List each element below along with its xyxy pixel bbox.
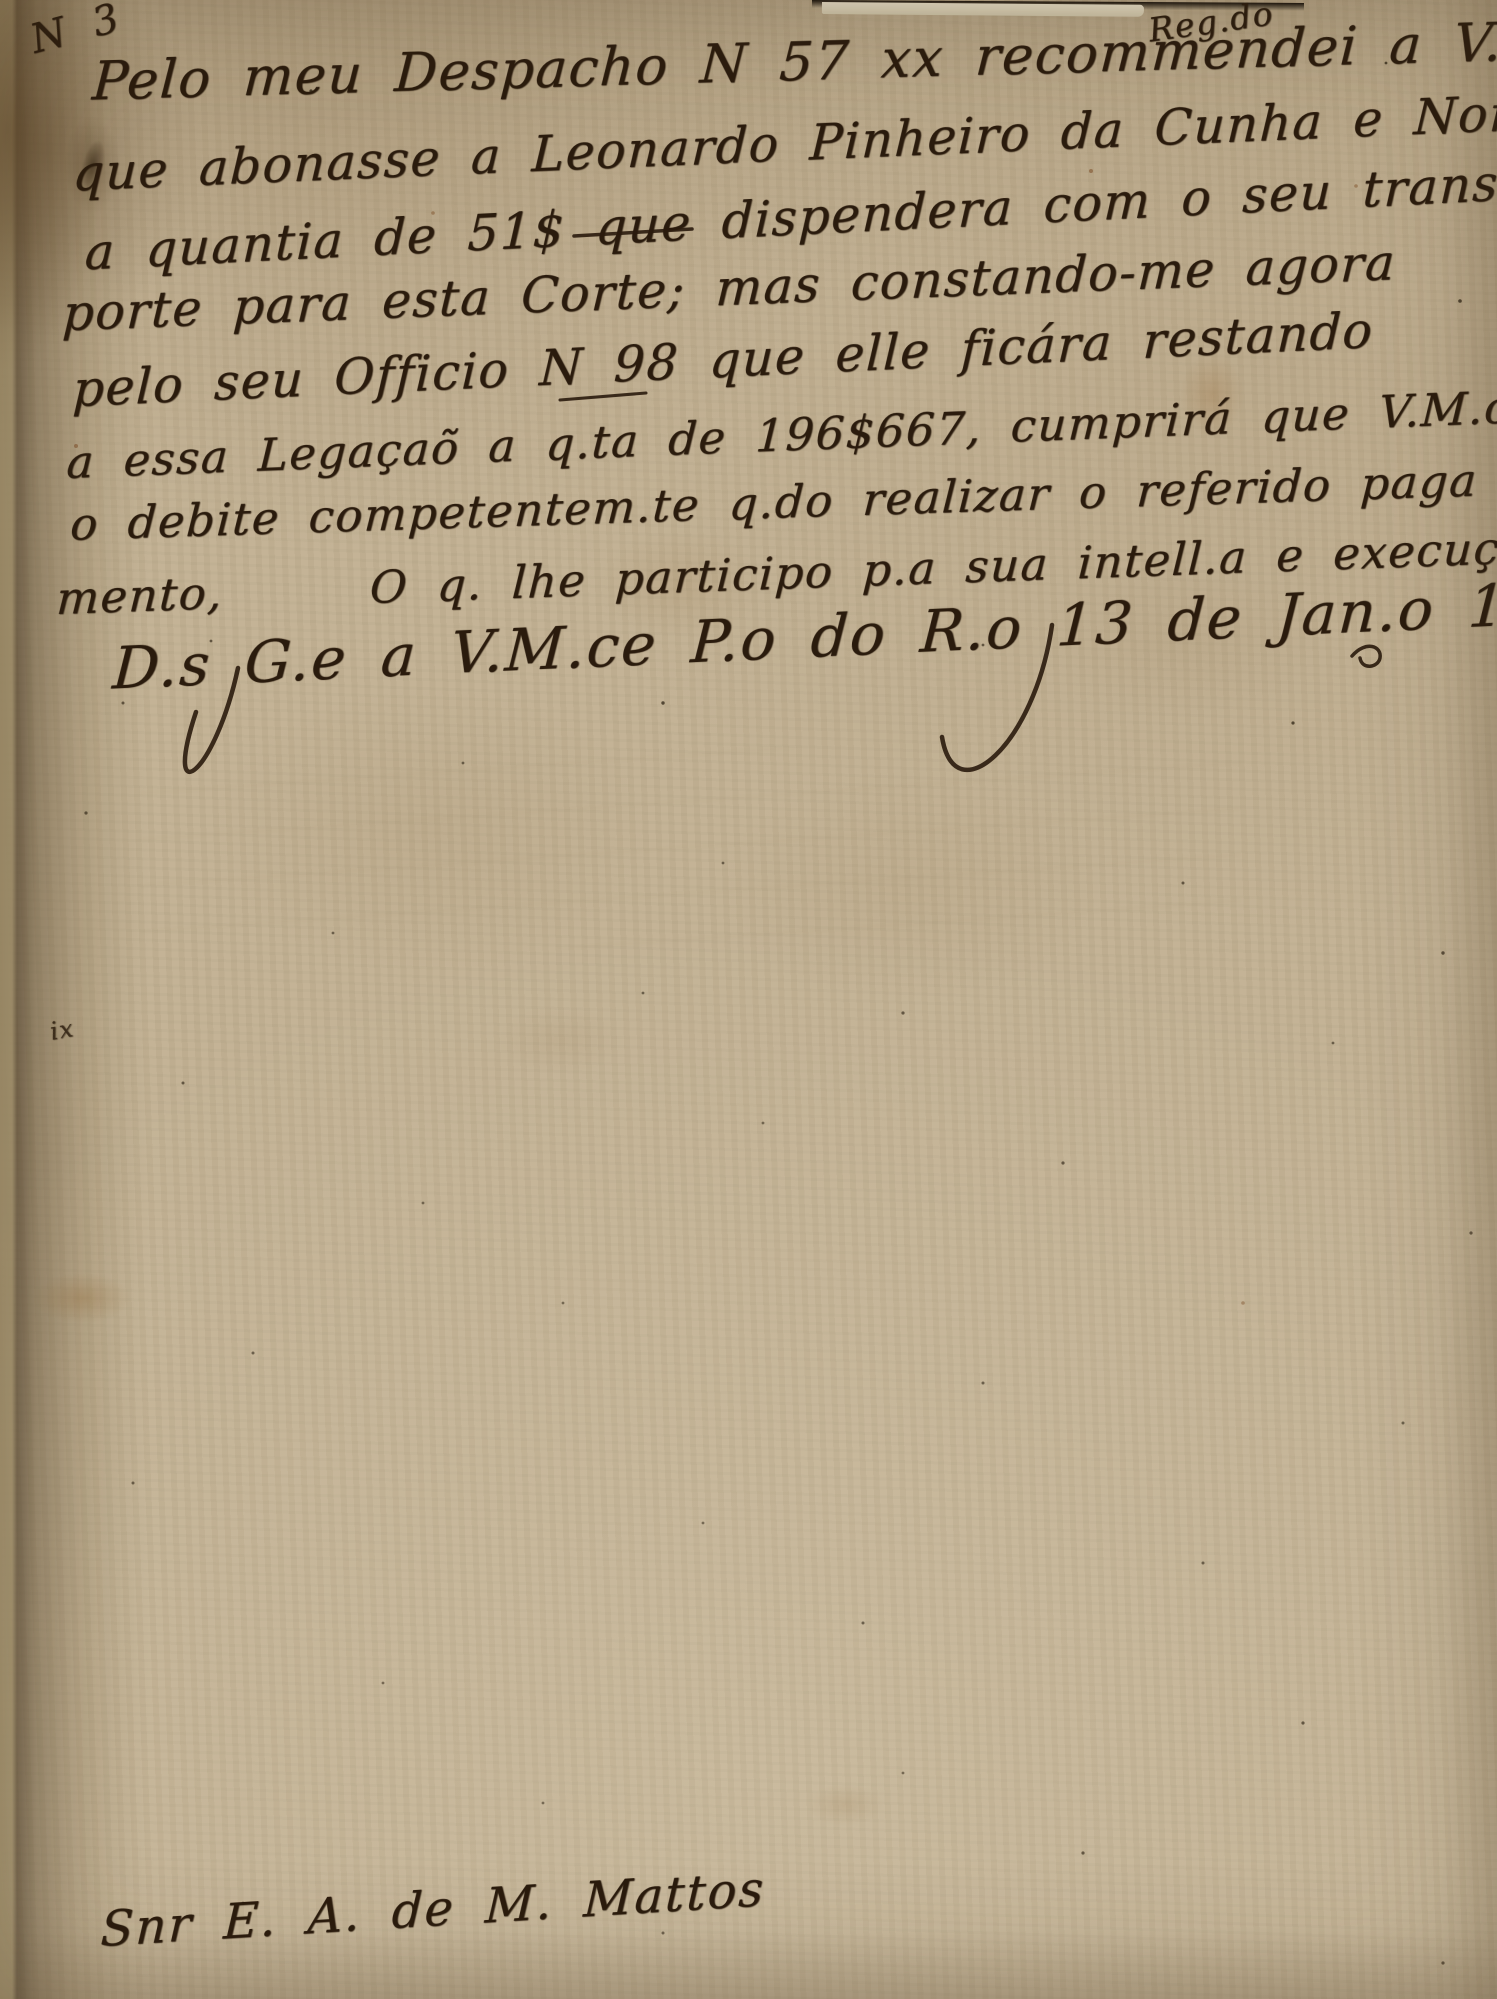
edge-mark: ix <box>48 1014 77 1046</box>
rubric-loop <box>1352 646 1380 666</box>
addressee: Snr E. A. de M. Mattos <box>99 1862 766 1959</box>
adjacent-page-edge <box>822 2 1144 17</box>
line-word-mento: mento, <box>55 566 224 625</box>
ink-showthrough <box>140 748 1240 948</box>
manuscript-page: N 3 Reg.do ix Pelo meu Despacho N 57 xx … <box>0 0 1497 1999</box>
paper-specks <box>0 0 2 2</box>
